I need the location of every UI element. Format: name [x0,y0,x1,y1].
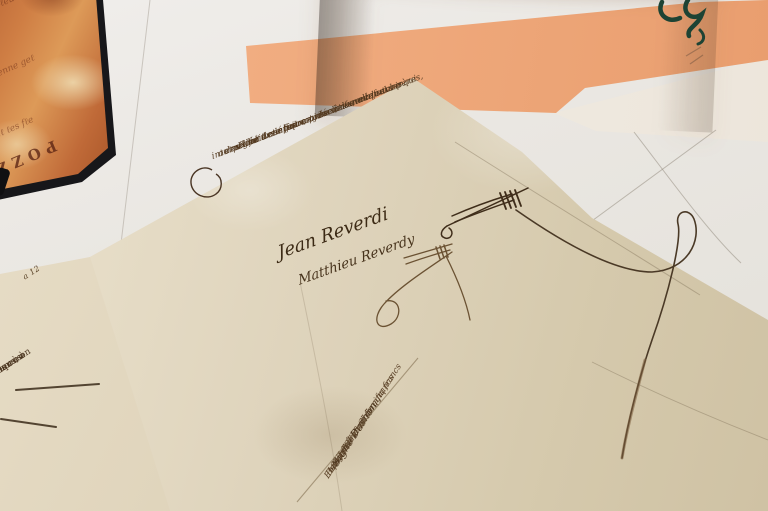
section-rule [1,384,99,427]
heading-paraph [191,168,221,197]
signature-flourish-light [377,244,470,326]
flourish-tail [516,210,696,458]
ink-flourish-overlay [0,0,768,511]
manuscript-document: Dont Acte fait ce jour à l'année mil hui… [0,0,768,511]
flourish-tail-brush [622,360,645,458]
archive-photo: ℓeℓℓe fℓeur ℓe ℳaℓenne geℓ eℓ ℓes fℓe PO… [0,0,768,511]
signature-flourish-dark [441,188,528,238]
